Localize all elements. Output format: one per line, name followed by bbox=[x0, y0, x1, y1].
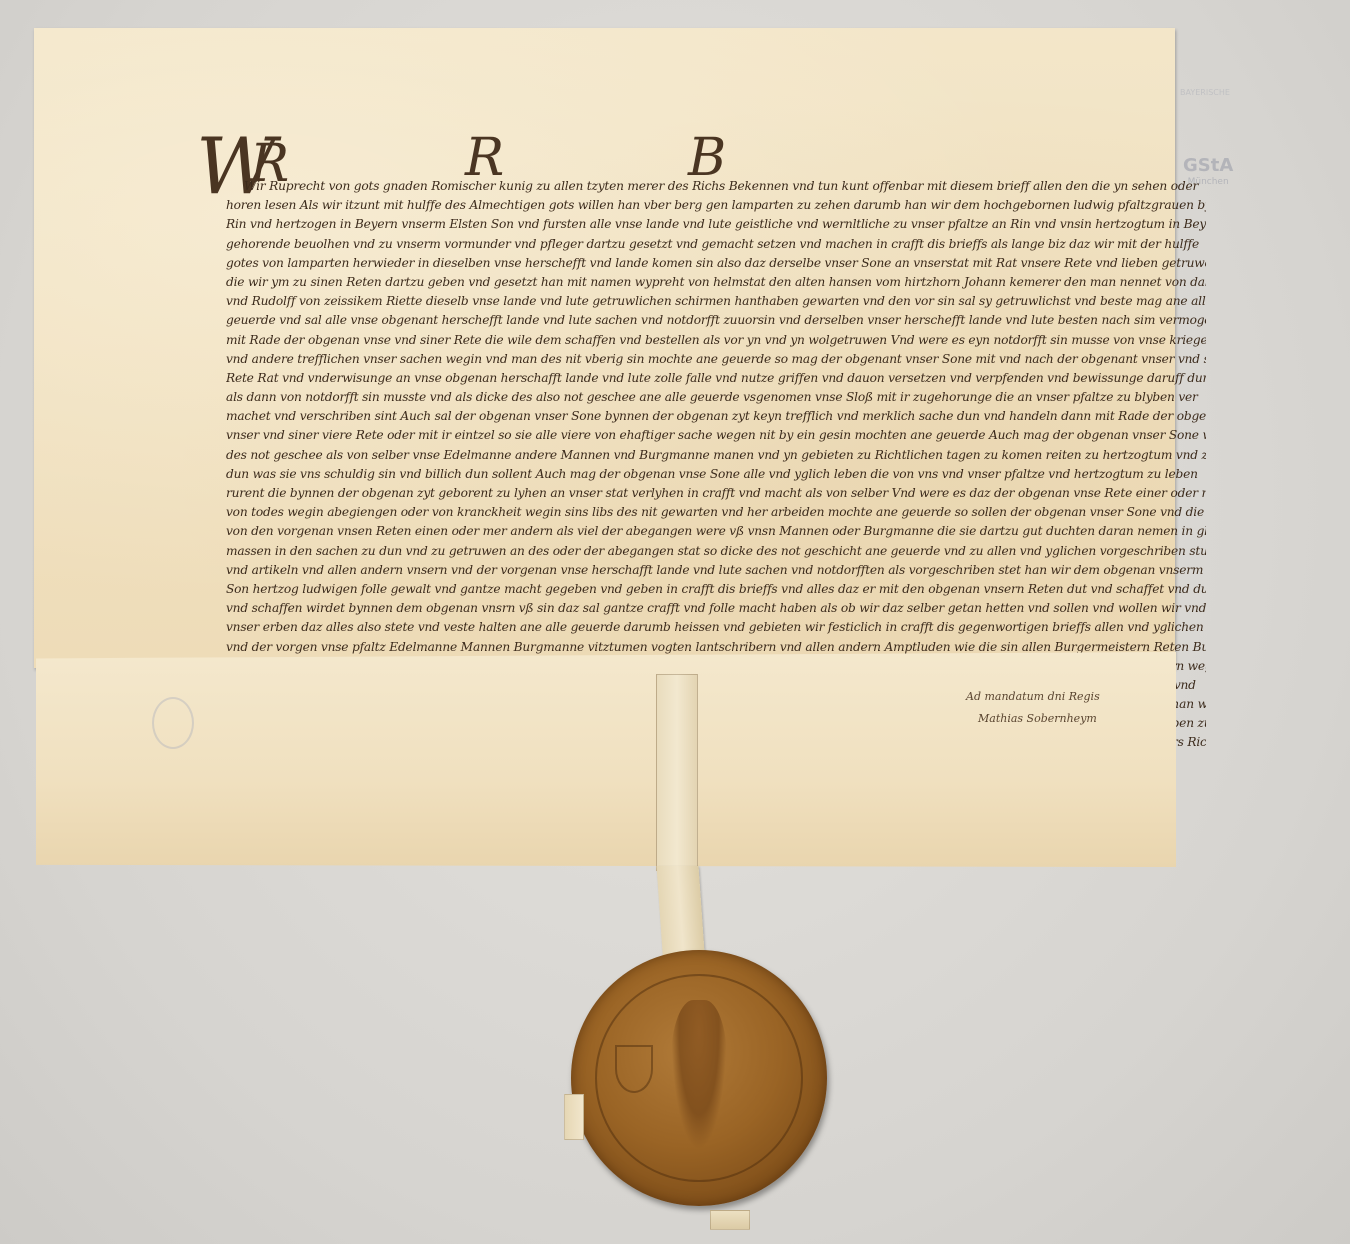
faint-stamp-ring bbox=[152, 697, 194, 749]
chancery-note-line2: Mathias Sobernheym bbox=[966, 708, 1100, 730]
plica-fold bbox=[36, 652, 1176, 867]
text-line: vnser vnd siner viere Rete oder mit ir e… bbox=[226, 426, 1206, 445]
text-line: die wir ym zu sinen Reten dartzu geben v… bbox=[226, 273, 1206, 292]
text-line: gotes von lamparten herwieder in dieselb… bbox=[226, 254, 1206, 273]
seal-shield-icon bbox=[615, 1045, 653, 1093]
text-line: geuerde vnd sal alle vnse obgenant hersc… bbox=[226, 311, 1206, 330]
text-line: Wir Ruprecht von gots gnaden Romischer k… bbox=[226, 177, 1206, 196]
text-line: machet vnd verschriben sint Auch sal der… bbox=[226, 407, 1206, 426]
archive-stamp-line1: GStA bbox=[1183, 155, 1233, 176]
seal-strip-tab-bottom bbox=[710, 1210, 750, 1230]
text-line: von den vorgenan vnsen Reten einen oder … bbox=[226, 522, 1206, 541]
text-line: dun was sie vns schuldig sin vnd billich… bbox=[226, 465, 1206, 484]
seal-strip-upper bbox=[656, 674, 698, 871]
text-line: vnser erben daz alles also stete vnd ves… bbox=[226, 618, 1206, 637]
text-line: gehorende beuolhen vnd zu vnserm vormund… bbox=[226, 235, 1206, 254]
text-line: als dann von notdorfft sin musste vnd al… bbox=[226, 388, 1206, 407]
text-line: von todes wegin abegiengen oder von kran… bbox=[226, 503, 1206, 522]
wax-seal bbox=[571, 950, 827, 1206]
text-line: rurent die bynnen der obgenan zyt gebore… bbox=[226, 484, 1206, 503]
text-line: vnd Rudolff von zeissikem Riette dieselb… bbox=[226, 292, 1206, 311]
text-line: vnd schaffen wirdet bynnen dem obgenan v… bbox=[226, 599, 1206, 618]
text-line: Rete Rat vnd vnderwisunge an vnse obgena… bbox=[226, 369, 1206, 388]
archive-stamp-faint: BAYERISCHE bbox=[1180, 88, 1230, 97]
text-line: massen in den sachen zu dun vnd zu getru… bbox=[226, 542, 1206, 561]
text-line: des not geschee als von selber vnse Edel… bbox=[226, 446, 1206, 465]
text-line: vnd artikeln vnd allen andern vnsern vnd… bbox=[226, 561, 1206, 580]
chancery-note-line1: Ad mandatum dni Regis bbox=[966, 686, 1100, 708]
seal-strip-tab-left bbox=[564, 1094, 584, 1140]
seal-king-figure-icon bbox=[671, 1000, 727, 1150]
text-line: horen lesen Als wir itzunt mit hulffe de… bbox=[226, 196, 1206, 215]
text-line: vnd andere trefflichen vnser sachen wegi… bbox=[226, 350, 1206, 369]
text-line: Rin vnd hertzogen in Beyern vnserm Elste… bbox=[226, 215, 1206, 234]
text-line: mit Rade der obgenan vnse vnd siner Rete… bbox=[226, 331, 1206, 350]
chancery-note: Ad mandatum dni Regis Mathias Sobernheym bbox=[966, 686, 1100, 730]
text-line: Son hertzog ludwigen folle gewalt vnd ga… bbox=[226, 580, 1206, 599]
